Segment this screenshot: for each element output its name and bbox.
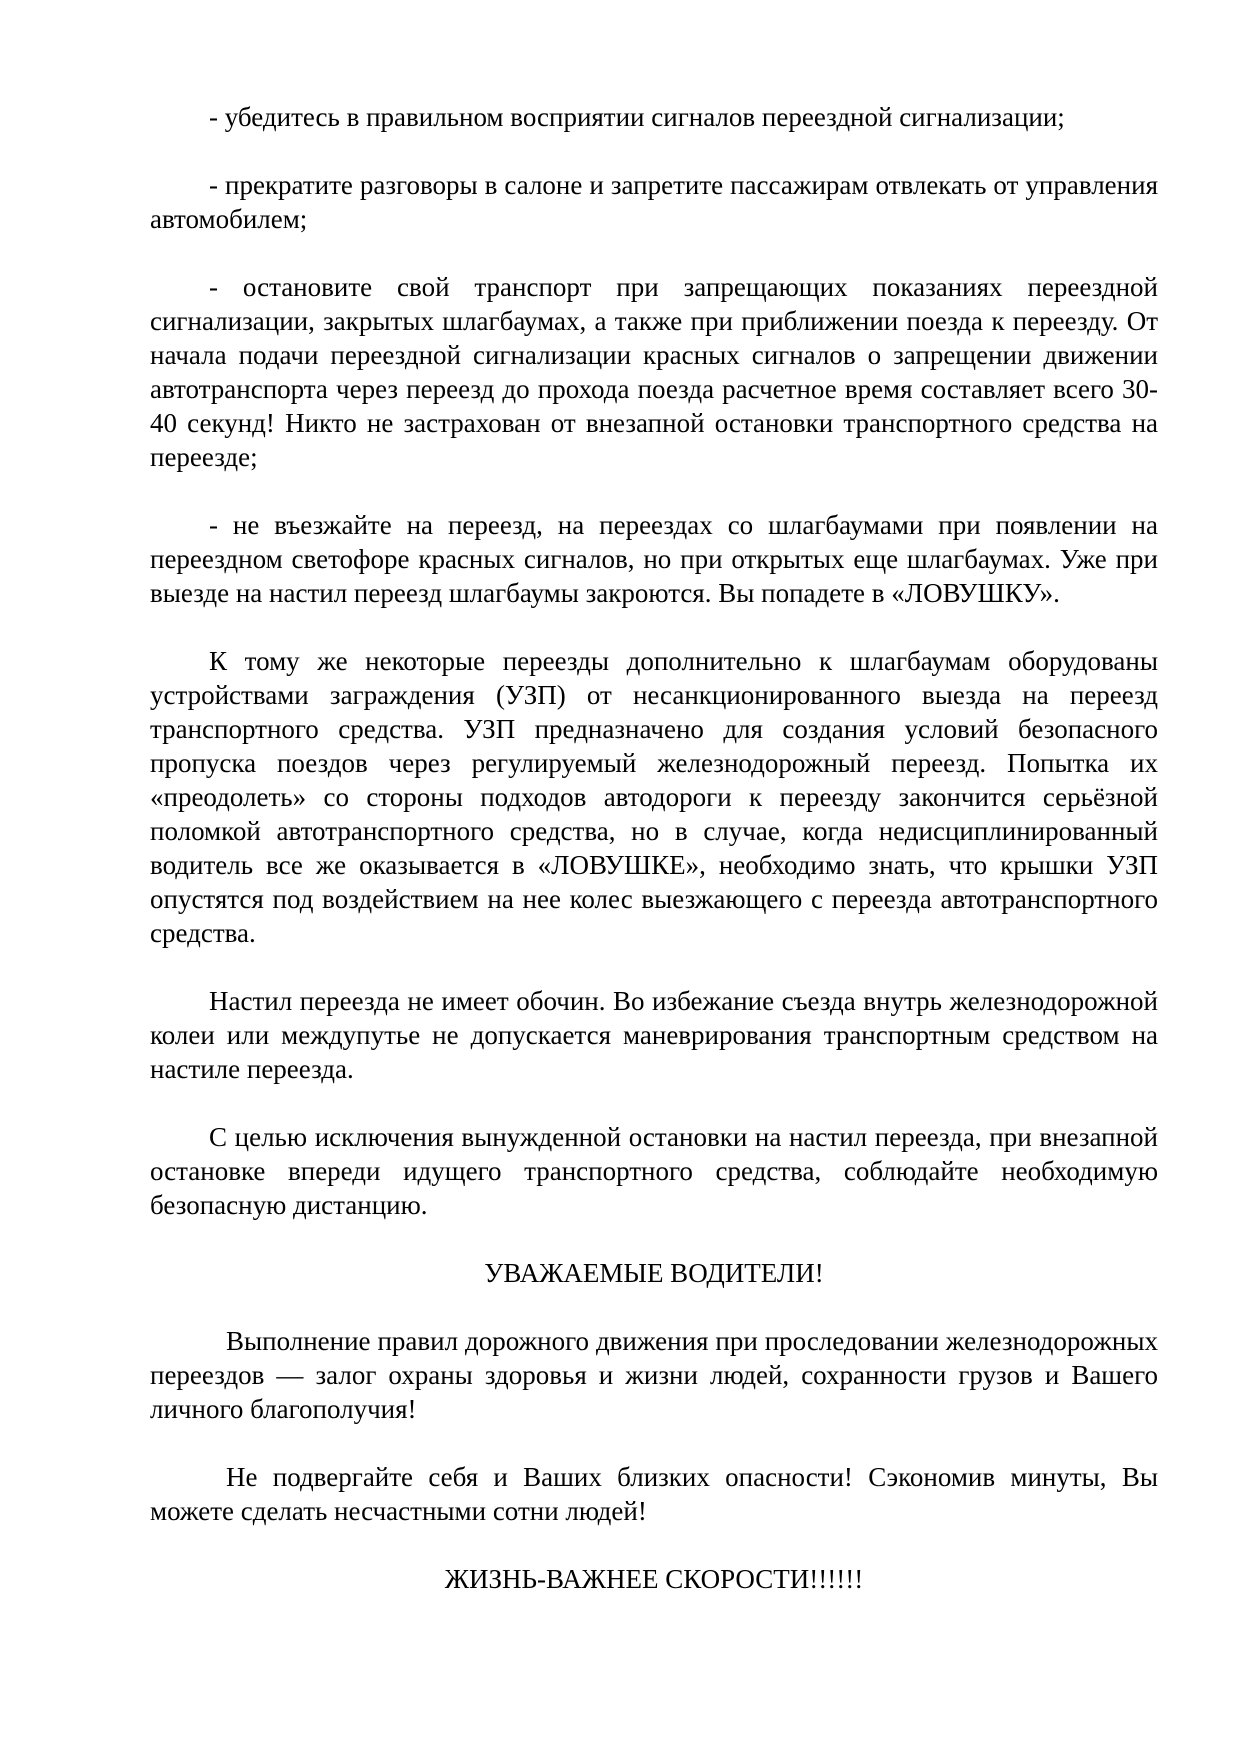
- paragraph-do-not-enter: - не въезжайте на переезд, на переездах …: [150, 508, 1158, 610]
- final-slogan: ЖИЗНЬ-ВАЖНЕЕ СКОРОСТИ!!!!!!: [150, 1562, 1158, 1596]
- paragraph-barrier-devices: К тому же некоторые переезды дополнитель…: [150, 644, 1158, 950]
- paragraph-rules-compliance: Выполнение правил дорожного движения при…: [150, 1324, 1158, 1426]
- paragraph-stop-conversations: - прекратите разговоры в салоне и запрет…: [150, 168, 1158, 236]
- heading-dear-drivers: УВАЖАЕМЫЕ ВОДИТЕЛИ!: [150, 1256, 1158, 1290]
- paragraph-safe-distance: С целью исключения вынужденной остановки…: [150, 1120, 1158, 1222]
- paragraph-signal-perception: - убедитесь в правильном восприятии сигн…: [150, 100, 1158, 134]
- paragraph-stop-vehicle: - остановите свой транспорт при запрещаю…: [150, 270, 1158, 474]
- paragraph-no-shoulders: Настил переезда не имеет обочин. Во избе…: [150, 984, 1158, 1086]
- document-page: - убедитесь в правильном восприятии сигн…: [150, 100, 1158, 1596]
- paragraph-do-not-endanger: Не подвергайте себя и Ваших близких опас…: [150, 1460, 1158, 1528]
